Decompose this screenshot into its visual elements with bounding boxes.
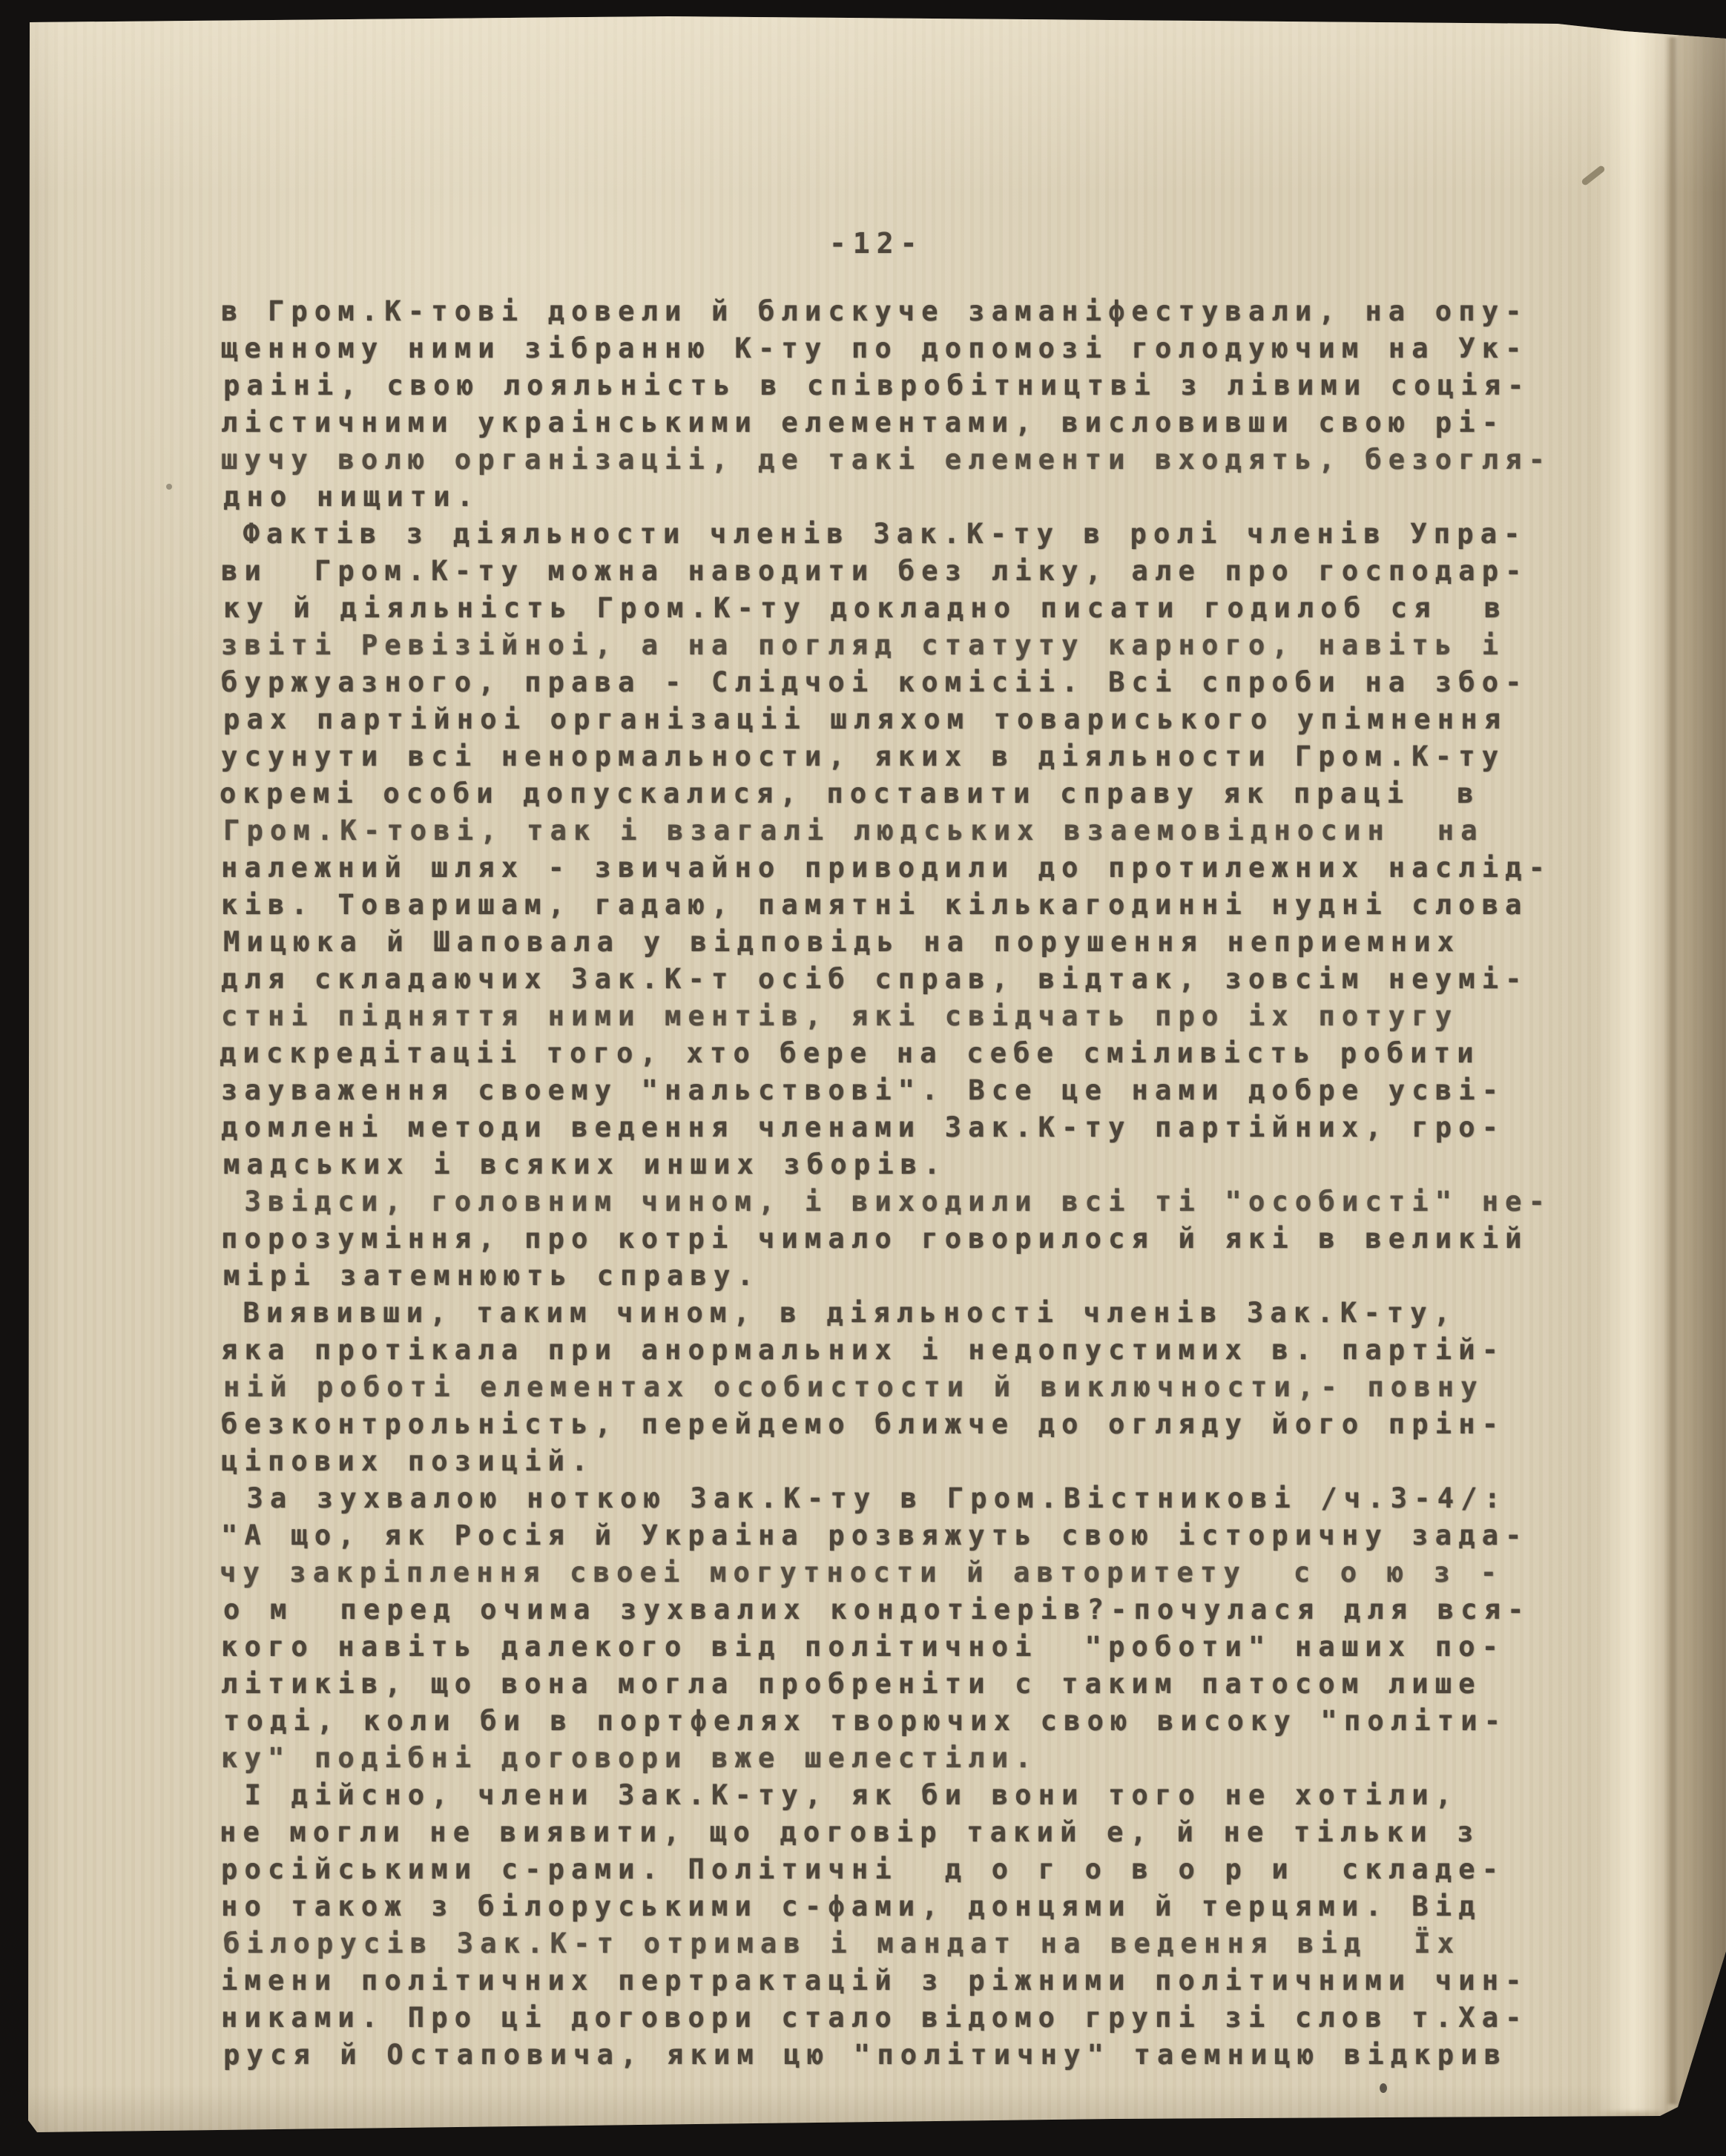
text-line: шучу волю організаціі, де такі елементи … — [221, 441, 1552, 479]
text-line: ку" подібні договори вже шелестіли. — [221, 1740, 1552, 1777]
text-line: ціпових позицій. — [221, 1443, 1552, 1480]
text-line: Фактів з діяльности членів Зак.К-ту в ро… — [220, 516, 1550, 553]
text-line: тоді, коли би в портфелях творючих свою … — [223, 1703, 1554, 1740]
text-line: буржуазного, права - Слідчоі комісіі. Вс… — [221, 664, 1552, 701]
ink-dot — [1380, 2083, 1387, 2093]
ink-speck — [166, 484, 172, 490]
text-line: не могли не виявити, що договір такий е,… — [220, 1814, 1550, 1851]
text-line: білорусів Зак.К-т отримав і мандат на ве… — [223, 1925, 1554, 1962]
text-line: ній роботі елементах особистости й виклю… — [223, 1369, 1554, 1406]
page-curl-highlight — [1593, 30, 1667, 2111]
text-line: звіті Ревізійноі, а на погляд статуту ка… — [221, 627, 1552, 664]
text-line: мадських і всяких инших зборів. — [223, 1146, 1554, 1183]
text-line: щенному ними зібранню К-ту по допомозі г… — [221, 330, 1552, 367]
paper-sheet: -12- в Гром.К-тові довели й блискуче зам… — [0, 0, 1726, 2156]
scanned-page: -12- в Гром.К-тові довели й блискуче зам… — [0, 0, 1726, 2156]
text-line: російськими с-рами. Політичні д о г о в … — [221, 1851, 1552, 1888]
text-line: окремі особи допускалися, поставити спра… — [220, 775, 1550, 812]
text-line: належний шлях - звичайно приводили до пр… — [221, 849, 1552, 887]
text-line: усунути всі ненормальности, яких в діяль… — [221, 738, 1552, 775]
text-line: рах партійноі організаціі шляхом товарис… — [223, 701, 1554, 738]
text-line: безконтрольність, перейдемо ближче до ог… — [221, 1406, 1552, 1443]
page-gutter-shadow — [1678, 30, 1726, 2120]
text-line: порозуміння, про котрі чимало говорилося… — [221, 1220, 1552, 1258]
typewritten-text-block: в Гром.К-тові довели й блискуче заманіфе… — [221, 293, 1552, 2074]
text-line: для складаючих Зак.К-т осіб справ, відта… — [221, 961, 1552, 998]
text-line: І дійсно, члени Зак.К-ту, як би вони тог… — [221, 1777, 1552, 1814]
text-line: літиків, що вона могла пробреніти с таки… — [221, 1666, 1552, 1703]
text-line: Звідси, головним чином, і виходили всі т… — [221, 1183, 1552, 1220]
text-line: стні підняття ними ментів, які свідчать … — [221, 998, 1552, 1035]
text-line: никами. Про ці договори стало відомо гру… — [221, 1999, 1552, 2037]
text-line: о м перед очима зухвалих кондотіерів?-по… — [223, 1591, 1554, 1628]
text-line: За зухвалою ноткою Зак.К-ту в Гром.Вістн… — [223, 1480, 1554, 1517]
text-line: Виявивши, таким чином, в діяльності член… — [220, 1295, 1550, 1332]
text-line: Мицюка й Шаповала у відповідь на порушен… — [223, 924, 1554, 961]
text-line: лістичними украінськими елементами, висл… — [221, 404, 1552, 441]
text-line: руся й Остаповича, яким цю "політичну" т… — [223, 2037, 1554, 2074]
text-line: Гром.К-тові, так і взагалі людських взае… — [223, 812, 1554, 849]
text-line: імени політичних пертрактацій з ріжними … — [221, 1962, 1552, 1999]
text-line: дискредітаціі того, хто бере на себе смі… — [220, 1035, 1550, 1072]
text-line: домлені методи ведення членами Зак.К-ту … — [221, 1109, 1552, 1146]
text-line: но також з білоруськими с-фами, донцями … — [221, 1888, 1552, 1925]
text-line: чу закріплення своеі могутности й автори… — [220, 1554, 1550, 1591]
text-line: зауваження своему "нальствові". Все це н… — [221, 1072, 1552, 1109]
text-line: "А що, як Росія й Украіна розвяжуть свою… — [221, 1517, 1552, 1554]
text-line: ку й діяльність Гром.К-ту докладно писат… — [223, 590, 1554, 627]
text-line: мірі затемнюють справу. — [223, 1258, 1554, 1295]
text-line: раіні, свою лояльність в співробітництві… — [223, 367, 1554, 404]
text-line: в Гром.К-тові довели й блискуче заманіфе… — [221, 293, 1552, 330]
text-line: яка протікала при анормальних і недопуст… — [221, 1332, 1552, 1369]
page-number: -12- — [829, 227, 924, 260]
text-line: дно нищити. — [223, 479, 1554, 516]
text-line: кого навіть далекого від політичноі "роб… — [221, 1628, 1552, 1666]
text-line: ків. Товаришам, гадаю, памятні кількагод… — [221, 887, 1552, 924]
text-line: ви Гром.К-ту можна наводити без ліку, ал… — [221, 553, 1552, 590]
